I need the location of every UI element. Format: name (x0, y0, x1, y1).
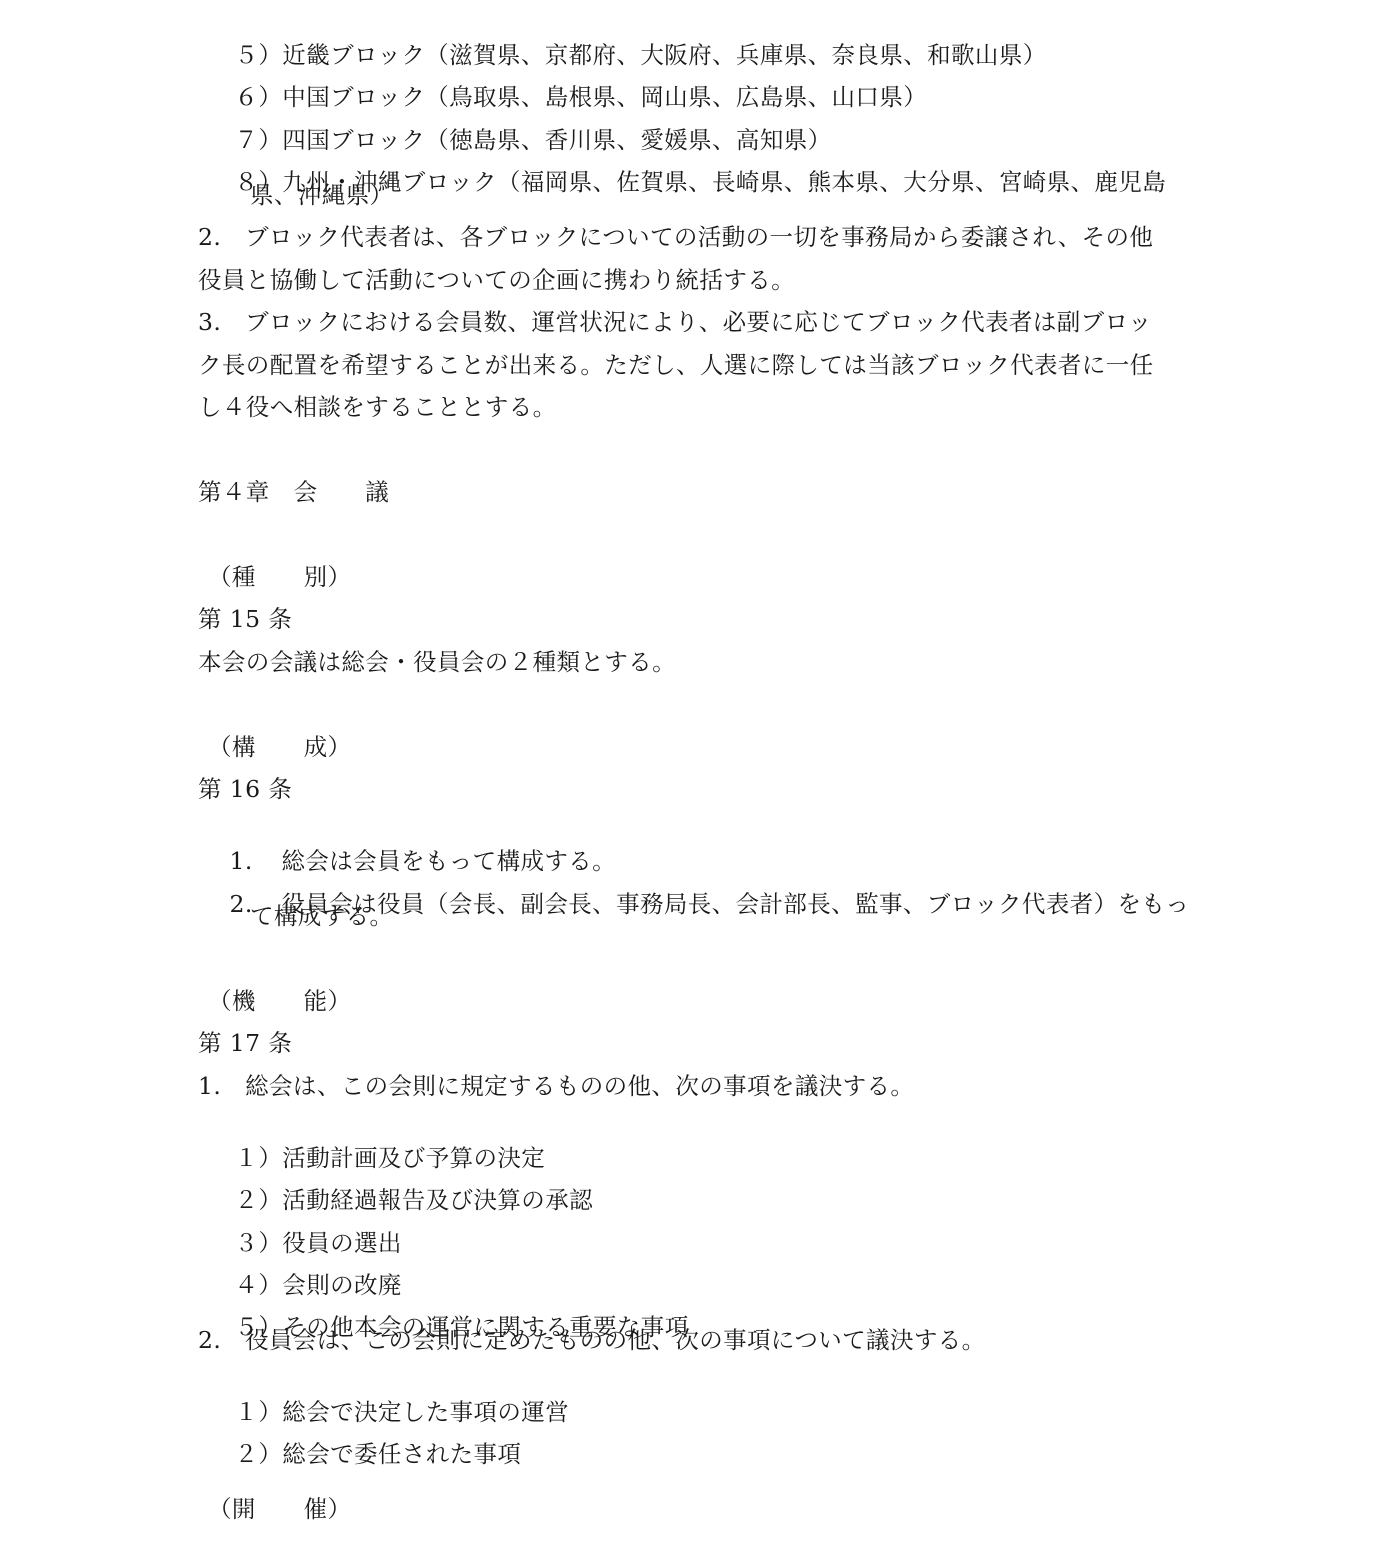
numbered-item-continuation: て構成する。 (250, 901, 393, 931)
paragraph-line: ク長の配置を希望することが出来る。ただし、人選に際しては当該ブロック代表者に一任 (198, 350, 1154, 380)
article-paragraph: 2. 役員会は、この会則に定めたものの他、次の事項について議決する。 (198, 1325, 986, 1355)
paragraph-line: 役員と協働して活動についての企画に携わり統括する。 (198, 265, 795, 295)
article-body: 本会の会議は総会・役員会の２種類とする。 (198, 647, 676, 677)
paragraph-line: 3. ブロックにおける会員数、運営状況により、必要に応じてブロック代表者は副ブロ… (198, 307, 1152, 337)
paragraph-line: し４役へ相談をすることとする。 (198, 392, 557, 422)
list-text: 九州・沖縄ブロック（福岡県、佐賀県、長崎県、熊本県、大分県、宮崎県、鹿児島 (282, 168, 1166, 196)
article-number: 第 16 条 (198, 774, 292, 804)
item-text: 役員会は役員（会長、副会長、事務局長、会計部長、監事、ブロック代表者）をもっ (281, 890, 1189, 918)
list-text: 総会で委任された事項 (282, 1440, 521, 1468)
article-heading: （種 別） (208, 562, 351, 592)
article-number: 第 15 条 (198, 604, 292, 634)
list-item: ２）総会で委任された事項 (203, 1409, 521, 1499)
article-heading: （開 催） (208, 1494, 351, 1524)
article-paragraph: 1. 総会は、この会則に規定するものの他、次の事項を議決する。 (198, 1071, 914, 1101)
chapter-title: 第４章 会 議 (198, 477, 389, 507)
article-heading: （機 能） (208, 986, 351, 1016)
article-heading: （構 成） (208, 732, 351, 762)
paragraph-line: 2. ブロック代表者は、各ブロックについての活動の一切を事務局から委譲され、その… (198, 222, 1153, 252)
list-marker: ２） (234, 1440, 282, 1468)
article-number: 第 17 条 (198, 1028, 292, 1058)
document-page: ５）近畿ブロック（滋賀県、京都府、大阪府、兵庫県、奈良県、和歌山県） ６）中国ブ… (0, 0, 1398, 1552)
list-item-continuation: 県、沖縄県） (250, 180, 393, 210)
